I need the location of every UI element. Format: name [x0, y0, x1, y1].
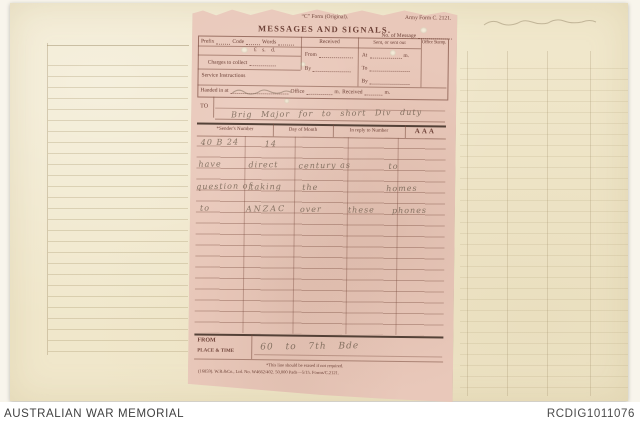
- handed-in-scribble: [229, 87, 299, 97]
- blank-line: [216, 39, 230, 45]
- ledger-column-line: [507, 51, 508, 396]
- to-divider: [213, 97, 214, 118]
- sent-by-row: By: [361, 78, 409, 85]
- words-label: Words: [262, 40, 276, 46]
- received-from-row: From: [305, 52, 353, 59]
- message-word: question of: [196, 182, 252, 191]
- to-addressee-label: TO: [200, 103, 208, 109]
- handed-in-label: Handed in at: [200, 88, 228, 94]
- printer-imprint: (16859). W.B.&Co., Ltd. No. W4662/402. 5…: [198, 369, 339, 375]
- code-label: Code: [232, 39, 244, 45]
- day-of-month-header: Day of Month: [273, 127, 333, 133]
- ledger-ruled-lines-right: [460, 58, 628, 393]
- message-word: century as: [298, 162, 351, 171]
- sender-number-value: 40 B 24: [201, 138, 239, 147]
- archive-caption-bar: AUSTRALIAN WAR MEMORIAL RCDIG1011076: [0, 402, 640, 428]
- message-word: ANZAC: [246, 205, 286, 214]
- currency-label: £ s. d.: [254, 48, 275, 54]
- place-time-label: PLACE & TIME: [197, 348, 234, 353]
- institution-label: AUSTRALIAN WAR MEMORIAL: [4, 408, 184, 420]
- army-form-number: Army Form C. 2121.: [405, 16, 451, 22]
- blank-line: [365, 90, 383, 96]
- to-rule: [215, 119, 445, 123]
- m-label: m.: [385, 90, 391, 96]
- charges-row: Charges to collect: [208, 60, 276, 67]
- received-by-row: By: [305, 66, 351, 73]
- aaa-header: AAA: [405, 128, 446, 136]
- by-label: By: [361, 79, 367, 85]
- office-stamp-header: Office Stamp.: [420, 41, 448, 46]
- at-label: At: [362, 53, 368, 59]
- blank-line: [369, 66, 409, 72]
- blank-line: [319, 52, 353, 58]
- message-word: have: [198, 160, 221, 168]
- message-word: these: [348, 206, 375, 214]
- prefix-code-words-row: Prefix Code Words: [201, 39, 294, 46]
- ledger-column-line: [590, 51, 591, 396]
- prefix-label: Prefix: [201, 39, 215, 45]
- m-label: m.: [334, 90, 340, 96]
- message-word: the: [302, 184, 318, 192]
- received-header: Received: [301, 40, 358, 46]
- message-word: phones: [392, 207, 427, 215]
- in-reply-to-header: In reply to Number: [333, 128, 405, 134]
- origin-handwriting: 60 to 7th Bde: [260, 342, 359, 352]
- origin-divider: [251, 334, 252, 359]
- senders-number-header: *Sender's Number: [197, 126, 273, 132]
- blank-line: [246, 39, 260, 45]
- sent-to-row: To: [362, 65, 410, 72]
- blank-line: [278, 39, 294, 45]
- ledger-column-line: [467, 51, 468, 396]
- erase-note: *This line should be erased if not requi…: [266, 363, 343, 368]
- blank-line: [369, 53, 401, 59]
- message-word: to: [200, 204, 210, 212]
- sent-at-row: At m.: [362, 52, 409, 59]
- charges-label: Charges to collect: [208, 60, 248, 66]
- origin-rule: [254, 354, 442, 357]
- blank-line: [370, 79, 410, 85]
- sent-header: Sent, or sent out: [358, 40, 421, 46]
- from-label: FROM: [197, 337, 215, 343]
- ledger-ruled-lines-left: [48, 55, 188, 355]
- ledger-column-line: [547, 51, 548, 396]
- messages-and-signals-form: “C” Form (Original). Army Form C. 2121. …: [188, 6, 458, 403]
- message-word: direct: [248, 161, 278, 169]
- origin-bottomline: [194, 358, 443, 362]
- blank-line: [306, 89, 332, 95]
- to-addressee-handwriting: Brig Major for to short Div duty: [231, 109, 422, 120]
- paper-hole: [284, 99, 289, 104]
- message-word: taking: [250, 183, 282, 191]
- ledger-pencil-note: [480, 15, 610, 31]
- by-label: By: [305, 66, 311, 72]
- service-instructions-label: Service Instructions: [202, 74, 246, 80]
- day-of-month-value: 14: [265, 140, 277, 148]
- message-word: homes: [386, 185, 418, 193]
- blank-line: [249, 60, 275, 66]
- from-label: From: [305, 52, 317, 58]
- blank-line: [313, 66, 351, 72]
- message-word: to: [388, 163, 398, 171]
- received-label: Received: [342, 90, 363, 96]
- ledger-heading-rule: [47, 45, 189, 46]
- m-label: m.: [403, 53, 409, 59]
- reference-id-label: RCDIG1011076: [547, 408, 635, 420]
- message-word: over: [300, 206, 322, 214]
- to-label: To: [362, 66, 368, 72]
- scanned-photo: “C” Form (Original). Army Form C. 2121. …: [0, 0, 640, 402]
